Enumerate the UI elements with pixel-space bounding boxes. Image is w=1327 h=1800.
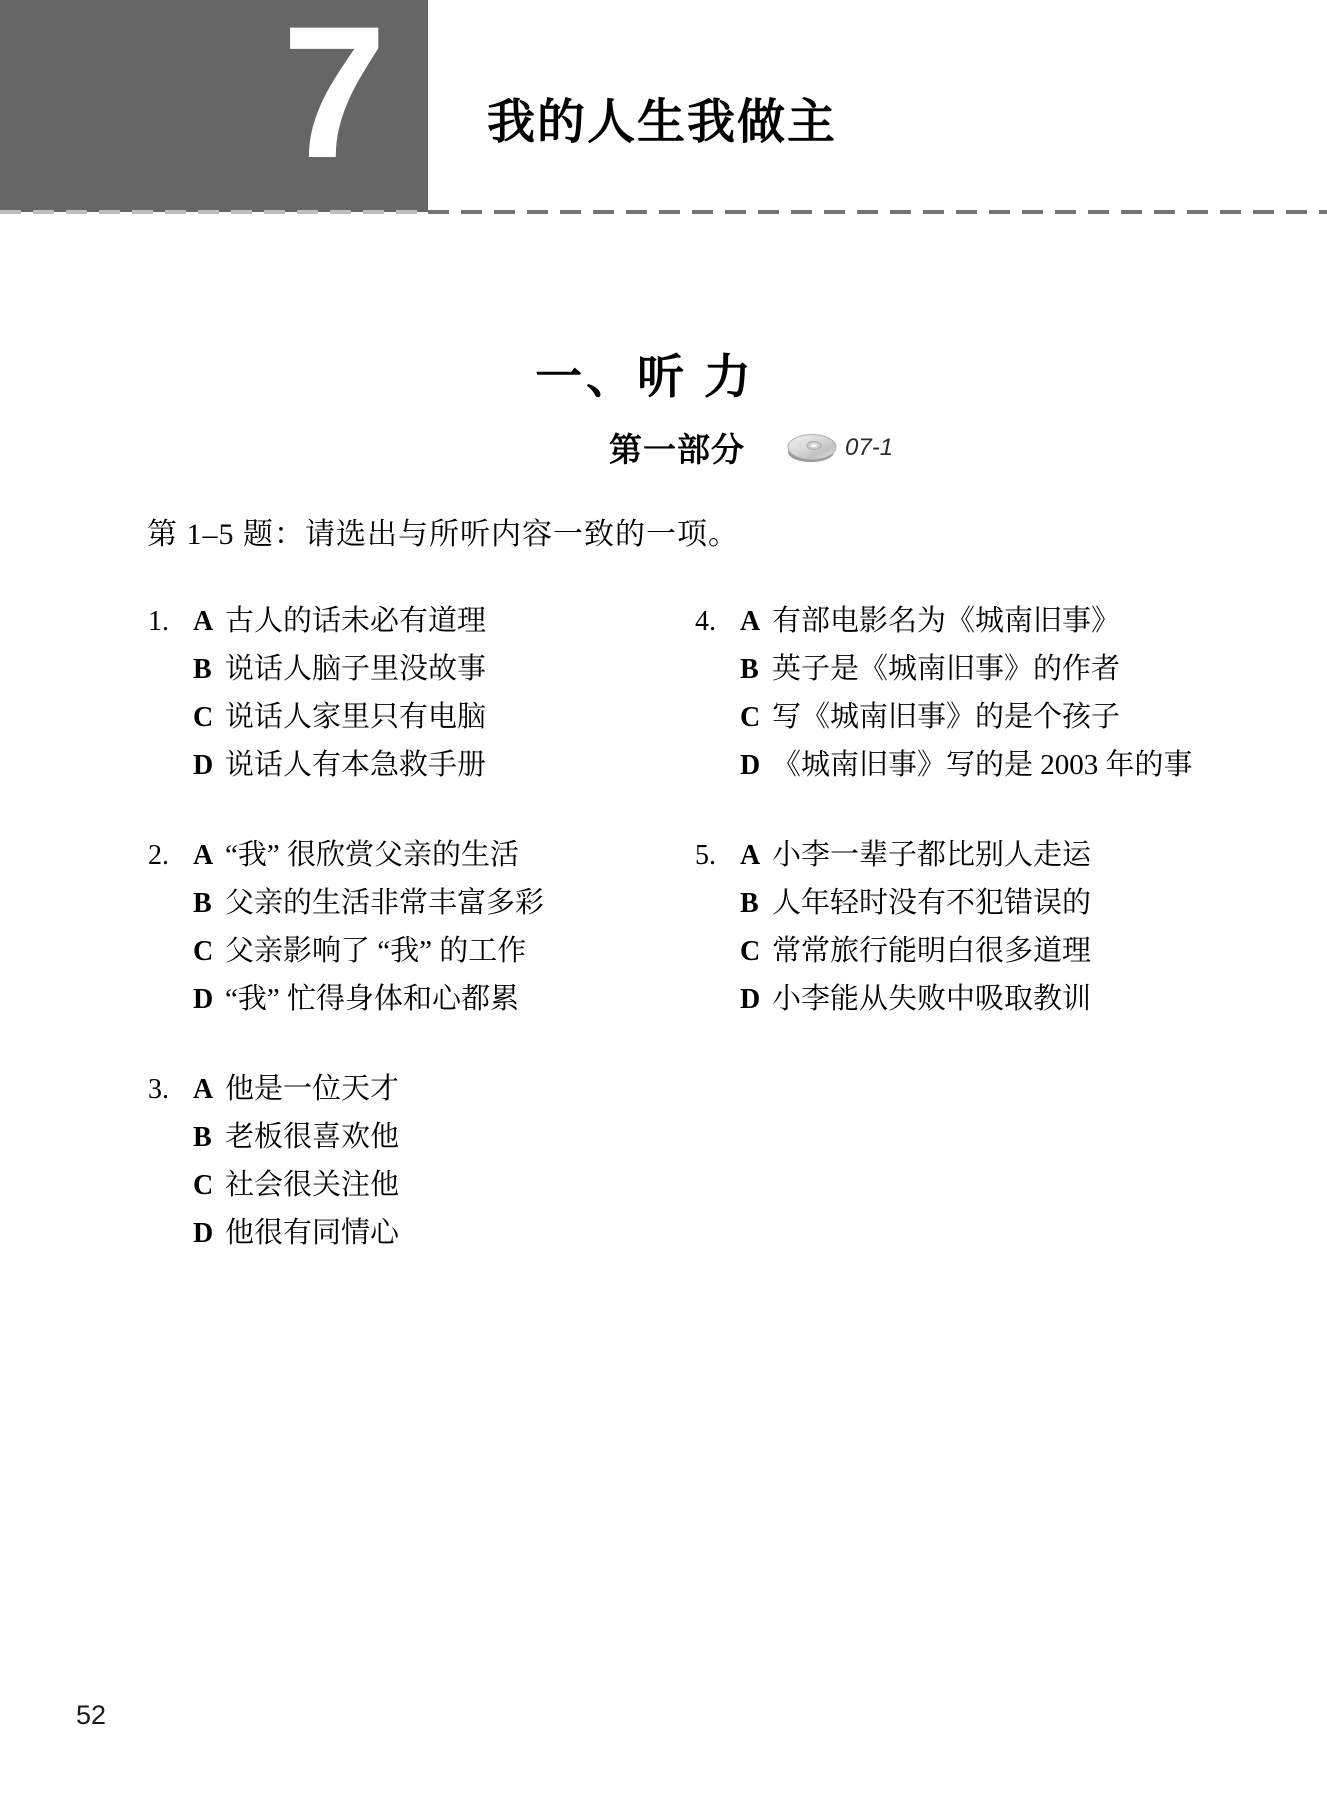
section-heading: 一、听 力 [0, 340, 1290, 407]
question-number: 4. [695, 606, 740, 638]
option-text: “我” 忙得身体和心都累 [225, 976, 519, 1017]
option-letter: C [193, 1170, 225, 1202]
question-1: 1. A 古人的话未必有道理 B 说话人脑子里没故事 C 说话人家里只有电脑 D… [148, 598, 544, 790]
option-letter: D [740, 750, 772, 782]
question-2: 2. A “我” 很欣赏父亲的生活 B 父亲的生活非常丰富多彩 C 父亲影响了 … [148, 832, 544, 1024]
option-row: 2. A “我” 很欣赏父亲的生活 [148, 832, 544, 880]
option-letter: C [740, 936, 772, 968]
unit-banner: 7 [0, 0, 428, 212]
option-text: 古人的话未必有道理 [225, 598, 486, 639]
option-text: 小李一辈子都比别人走运 [772, 832, 1091, 873]
option-letter: D [193, 1218, 225, 1250]
option-letter: A [740, 840, 772, 872]
option-text: 说话人家里只有电脑 [225, 694, 486, 735]
cd-icon [785, 430, 839, 466]
option-letter: B [193, 888, 225, 920]
option-text: 说话人有本急救手册 [225, 742, 486, 783]
option-letter: C [740, 702, 772, 734]
option-row: 1. A 古人的话未必有道理 [148, 598, 544, 646]
option-text: 写《城南旧事》的是个孩子 [772, 694, 1120, 735]
audio-track-label: 07-1 [845, 434, 893, 462]
option-row: 4. A 有部电影名为《城南旧事》 [695, 598, 1193, 646]
option-row: C 社会很关注他 [148, 1162, 544, 1210]
question-5: 5. A 小李一辈子都比别人走运 B 人年轻时没有不犯错误的 C 常常旅行能明白… [695, 832, 1193, 1024]
option-text: “我” 很欣赏父亲的生活 [225, 832, 519, 873]
option-row: D “我” 忙得身体和心都累 [148, 976, 544, 1024]
option-row: B 说话人脑子里没故事 [148, 646, 544, 694]
option-letter: A [740, 606, 772, 638]
option-letter: A [193, 1074, 225, 1106]
option-letter: B [193, 1122, 225, 1154]
option-letter: B [740, 654, 772, 686]
option-row: B 老板很喜欢他 [148, 1114, 544, 1162]
option-row: D 《城南旧事》写的是 2003 年的事 [695, 742, 1193, 790]
question-4: 4. A 有部电影名为《城南旧事》 B 英子是《城南旧事》的作者 C 写《城南旧… [695, 598, 1193, 790]
option-row: 5. A 小李一辈子都比别人走运 [695, 832, 1193, 880]
option-row: B 父亲的生活非常丰富多彩 [148, 880, 544, 928]
option-row: C 说话人家里只有电脑 [148, 694, 544, 742]
option-row: D 小李能从失败中吸取教训 [695, 976, 1193, 1024]
question-number: 5. [695, 840, 740, 872]
unit-number: 7 [282, 0, 387, 198]
option-row: D 说话人有本急救手册 [148, 742, 544, 790]
option-text: 父亲影响了 “我” 的工作 [225, 928, 526, 969]
question-column-right: 4. A 有部电影名为《城南旧事》 B 英子是《城南旧事》的作者 C 写《城南旧… [695, 598, 1193, 1066]
dashed-divider-right [428, 210, 1327, 214]
option-text: 有部电影名为《城南旧事》 [772, 598, 1120, 639]
option-letter: B [193, 654, 225, 686]
option-letter: D [193, 984, 225, 1016]
option-text: 社会很关注他 [225, 1162, 399, 1203]
part-row: 第一部分 07-1 [609, 424, 893, 471]
option-text: 英子是《城南旧事》的作者 [772, 646, 1120, 687]
part-label: 第一部分 [609, 424, 745, 471]
option-row: C 父亲影响了 “我” 的工作 [148, 928, 544, 976]
question-number: 1. [148, 606, 193, 638]
question-number: 3. [148, 1074, 193, 1106]
option-text: 他很有同情心 [225, 1210, 399, 1251]
chapter-title: 我的人生我做主 [487, 99, 837, 147]
question-3: 3. A 他是一位天才 B 老板很喜欢他 C 社会很关注他 D 他很有同情心 [148, 1066, 544, 1258]
option-letter: A [193, 840, 225, 872]
instruction-text: 第 1–5 题：请选出与所听内容一致的一项。 [147, 509, 739, 553]
option-text: 他是一位天才 [225, 1066, 399, 1107]
dashed-divider-left [0, 210, 428, 214]
option-text: 老板很喜欢他 [225, 1114, 399, 1155]
option-text: 父亲的生活非常丰富多彩 [225, 880, 544, 921]
option-text: 常常旅行能明白很多道理 [772, 928, 1091, 969]
question-number: 2. [148, 840, 193, 872]
option-text: 《城南旧事》写的是 2003 年的事 [772, 742, 1193, 783]
option-row: 3. A 他是一位天才 [148, 1066, 544, 1114]
option-row: B 人年轻时没有不犯错误的 [695, 880, 1193, 928]
page-number: 52 [76, 1700, 106, 1731]
option-text: 小李能从失败中吸取教训 [772, 976, 1091, 1017]
question-column-left: 1. A 古人的话未必有道理 B 说话人脑子里没故事 C 说话人家里只有电脑 D… [148, 598, 544, 1300]
option-text: 人年轻时没有不犯错误的 [772, 880, 1091, 921]
option-letter: C [193, 936, 225, 968]
option-letter: D [740, 984, 772, 1016]
option-letter: A [193, 606, 225, 638]
option-row: C 常常旅行能明白很多道理 [695, 928, 1193, 976]
option-letter: D [193, 750, 225, 782]
option-row: B 英子是《城南旧事》的作者 [695, 646, 1193, 694]
option-text: 说话人脑子里没故事 [225, 646, 486, 687]
option-row: C 写《城南旧事》的是个孩子 [695, 694, 1193, 742]
option-row: D 他很有同情心 [148, 1210, 544, 1258]
option-letter: C [193, 702, 225, 734]
option-letter: B [740, 888, 772, 920]
